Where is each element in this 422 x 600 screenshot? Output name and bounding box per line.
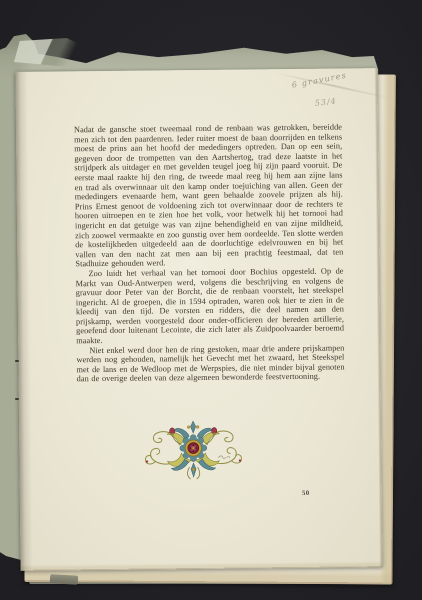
gutter-speck [15, 398, 19, 400]
book-page: 6 gravures 53/4 Nadat de gansche stoet t… [15, 68, 382, 571]
body-text: Nadat de gansche stoet tweemaal rond de … [74, 122, 345, 384]
paragraph: Zoo luidt het verhaal van het tornooi do… [75, 266, 344, 346]
pencil-annotation-bottom: 53/4 [314, 96, 337, 107]
ornament-vignette-icon [141, 418, 246, 489]
photographed-book-page: 6 gravures 53/4 Nadat de gansche stoet t… [0, 0, 422, 600]
paragraph: Nadat de gansche stoet tweemaal rond de … [74, 122, 343, 269]
page-number: 50 [298, 490, 314, 497]
bottom-paper-tab [50, 574, 78, 584]
artist-monogram-icon [218, 456, 229, 459]
paragraph: Niet enkel werd door hen de ring gestoke… [76, 343, 344, 384]
gutter-speck [15, 360, 19, 362]
